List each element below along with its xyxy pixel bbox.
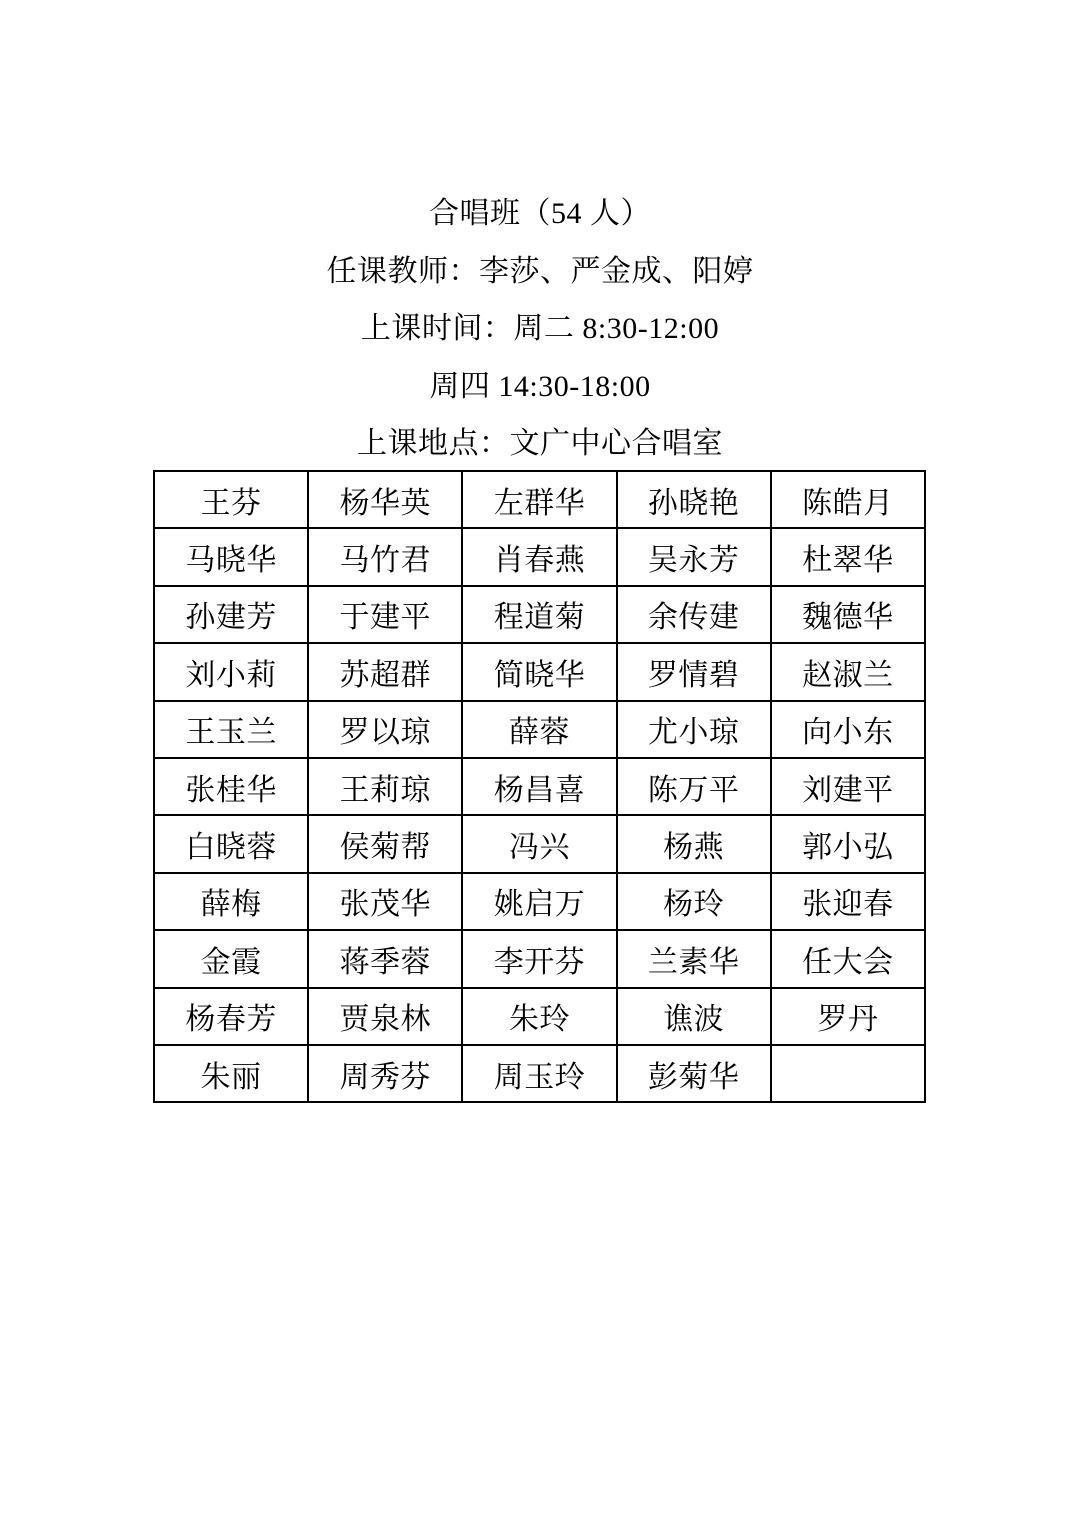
- document-page: 合唱班（54 人） 任课教师：李莎、严金成、阳婷 上课时间：周二 8:30-12…: [0, 0, 1080, 1527]
- roster-cell: 吴永芳: [617, 528, 771, 585]
- roster-cell: 罗情碧: [617, 643, 771, 700]
- roster-cell: 肖春燕: [462, 528, 616, 585]
- location-line: 上课地点：文广中心合唱室: [0, 415, 1080, 473]
- roster-cell: 周秀芬: [308, 1045, 462, 1102]
- roster-cell: 张桂华: [154, 758, 308, 815]
- roster-cell: 李开芬: [462, 930, 616, 987]
- roster-cell: 简晓华: [462, 643, 616, 700]
- roster-cell: 罗丹: [771, 988, 925, 1045]
- table-row: 王芬杨华英左群华孙晓艳陈皓月: [154, 471, 925, 528]
- table-row: 王玉兰罗以琼薛蓉尤小琼向小东: [154, 701, 925, 758]
- roster-cell: 杨玲: [617, 873, 771, 930]
- roster-cell: 张迎春: [771, 873, 925, 930]
- roster-table-body: 王芬杨华英左群华孙晓艳陈皓月马晓华马竹君肖春燕吴永芳杜翠华孙建芳于建平程道菊余传…: [154, 471, 925, 1102]
- roster-cell: 马晓华: [154, 528, 308, 585]
- time-line-2: 周四 14:30-18:00: [0, 358, 1080, 416]
- roster-cell: 彭菊华: [617, 1045, 771, 1102]
- table-row: 刘小莉苏超群简晓华罗情碧赵淑兰: [154, 643, 925, 700]
- roster-cell: 向小东: [771, 701, 925, 758]
- roster-cell: 尤小琼: [617, 701, 771, 758]
- roster-cell: 周玉玲: [462, 1045, 616, 1102]
- roster-cell: 赵淑兰: [771, 643, 925, 700]
- roster-cell: 刘建平: [771, 758, 925, 815]
- roster-cell: 杨春芳: [154, 988, 308, 1045]
- roster-cell: 魏德华: [771, 586, 925, 643]
- table-row: 杨春芳贾泉林朱玲谯波罗丹: [154, 988, 925, 1045]
- roster-cell: 陈万平: [617, 758, 771, 815]
- roster-cell: 贾泉林: [308, 988, 462, 1045]
- roster-cell: 王玉兰: [154, 701, 308, 758]
- roster-cell: 白晓蓉: [154, 815, 308, 872]
- roster-cell: 薛梅: [154, 873, 308, 930]
- roster-cell: 杨昌喜: [462, 758, 616, 815]
- roster-cell: 郭小弘: [771, 815, 925, 872]
- roster-cell: 孙建芳: [154, 586, 308, 643]
- roster-cell: 陈皓月: [771, 471, 925, 528]
- roster-cell: 蒋季蓉: [308, 930, 462, 987]
- table-row: 朱丽周秀芬周玉玲彭菊华: [154, 1045, 925, 1102]
- roster-cell: 兰素华: [617, 930, 771, 987]
- table-row: 白晓蓉侯菊帮冯兴杨燕郭小弘: [154, 815, 925, 872]
- table-row: 薛梅张茂华姚启万杨玲张迎春: [154, 873, 925, 930]
- roster-cell: 姚启万: [462, 873, 616, 930]
- roster-cell: 杨华英: [308, 471, 462, 528]
- roster-cell: 杜翠华: [771, 528, 925, 585]
- roster-cell: 左群华: [462, 471, 616, 528]
- roster-cell: 薛蓉: [462, 701, 616, 758]
- roster-cell: 朱玲: [462, 988, 616, 1045]
- roster-cell: 任大会: [771, 930, 925, 987]
- roster-cell: 孙晓艳: [617, 471, 771, 528]
- table-row: 孙建芳于建平程道菊余传建魏德华: [154, 586, 925, 643]
- roster-cell: 冯兴: [462, 815, 616, 872]
- roster-cell: 余传建: [617, 586, 771, 643]
- table-row: 马晓华马竹君肖春燕吴永芳杜翠华: [154, 528, 925, 585]
- roster-cell: 罗以琼: [308, 701, 462, 758]
- roster-cell: 王莉琼: [308, 758, 462, 815]
- roster-cell: 谯波: [617, 988, 771, 1045]
- roster-cell: 刘小莉: [154, 643, 308, 700]
- roster-cell: 张茂华: [308, 873, 462, 930]
- roster-cell: 侯菊帮: [308, 815, 462, 872]
- roster-cell: 朱丽: [154, 1045, 308, 1102]
- roster-cell: 马竹君: [308, 528, 462, 585]
- teacher-line: 任课教师：李莎、严金成、阳婷: [0, 243, 1080, 301]
- roster-cell: 金霞: [154, 930, 308, 987]
- roster-cell: 苏超群: [308, 643, 462, 700]
- table-row: 金霞蒋季蓉李开芬兰素华任大会: [154, 930, 925, 987]
- roster-cell: [771, 1045, 925, 1102]
- time-line-1: 上课时间：周二 8:30-12:00: [0, 300, 1080, 358]
- roster-cell: 程道菊: [462, 586, 616, 643]
- roster-cell: 王芬: [154, 471, 308, 528]
- class-title: 合唱班（54 人）: [0, 185, 1080, 243]
- table-row: 张桂华王莉琼杨昌喜陈万平刘建平: [154, 758, 925, 815]
- roster-cell: 杨燕: [617, 815, 771, 872]
- document-header: 合唱班（54 人） 任课教师：李莎、严金成、阳婷 上课时间：周二 8:30-12…: [0, 185, 1080, 473]
- roster-cell: 于建平: [308, 586, 462, 643]
- roster-table: 王芬杨华英左群华孙晓艳陈皓月马晓华马竹君肖春燕吴永芳杜翠华孙建芳于建平程道菊余传…: [153, 470, 926, 1103]
